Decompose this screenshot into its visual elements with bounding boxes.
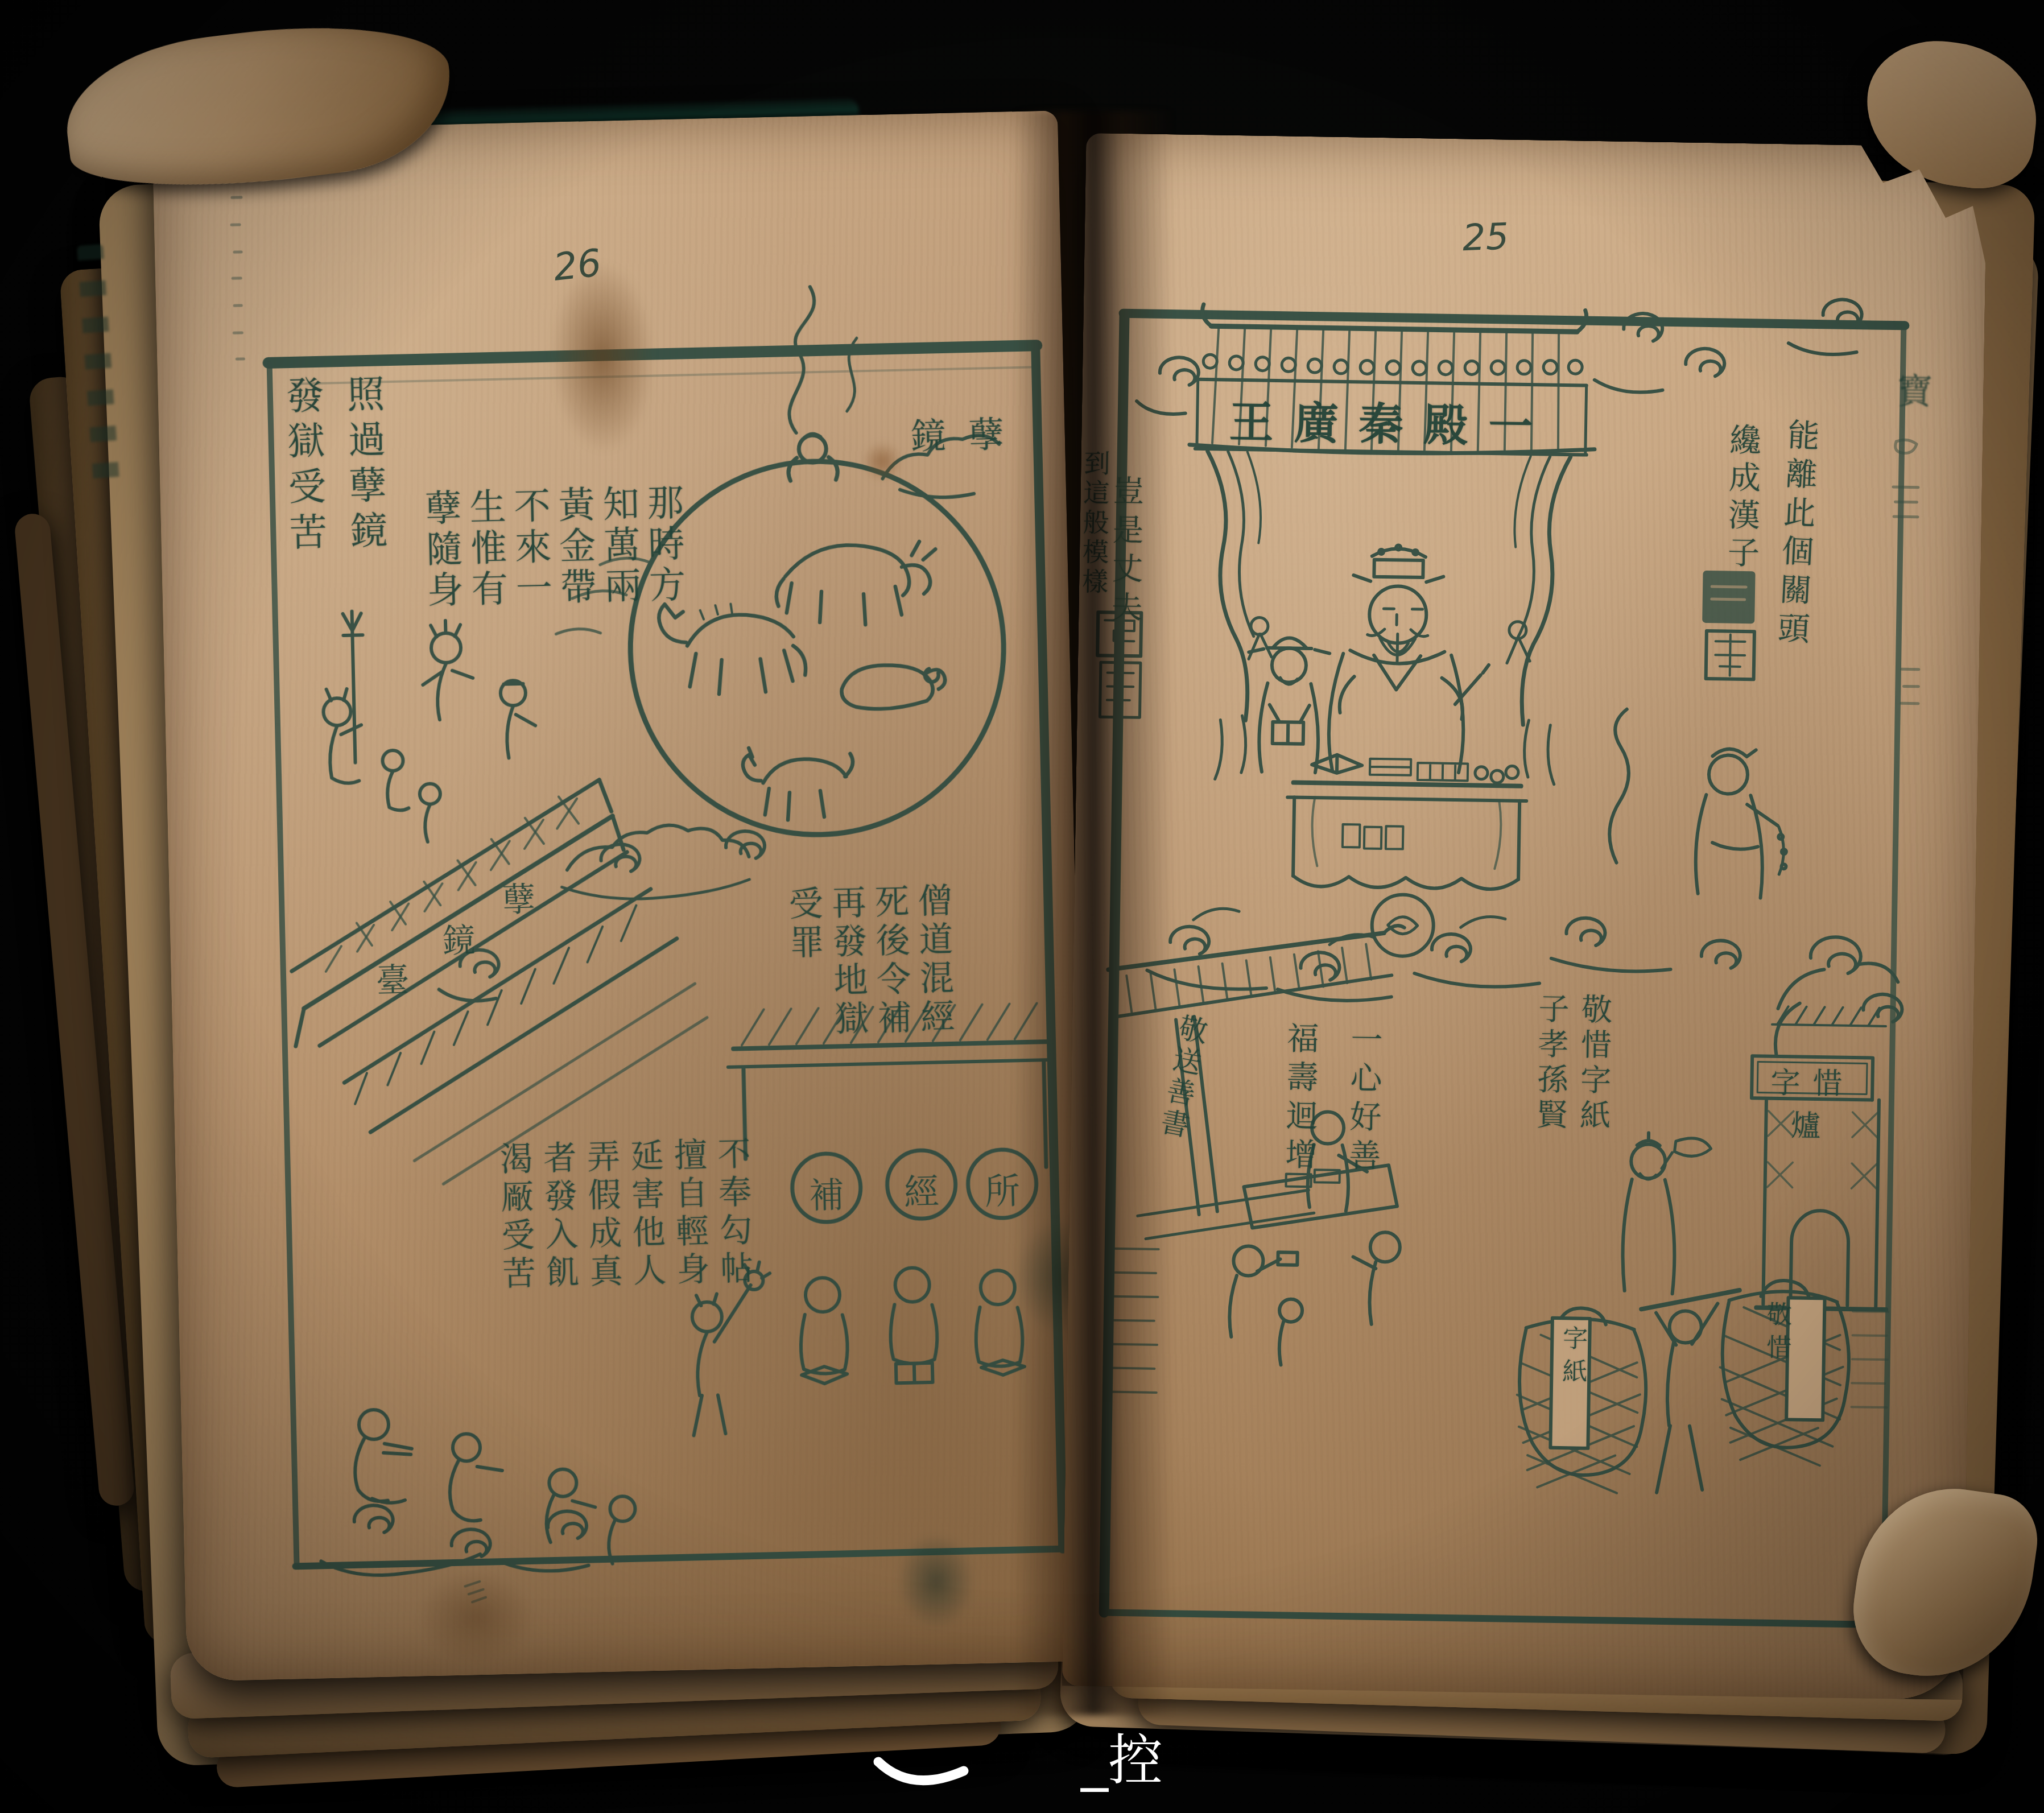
fore-edge-character: 寶 <box>1886 372 1938 408</box>
seal-stamps-drawing <box>1096 561 1755 727</box>
kneeling-ghosts-drawing <box>354 1404 637 1570</box>
couplet-right-inner: 纔成漢子 <box>1718 423 1766 573</box>
right-page-art <box>1062 133 1988 1700</box>
book-gutter-shadow <box>1014 111 1173 1715</box>
photo-of-woodblock-book: 照過孽鏡 發獄受苦 那時方 知萬兩 黃金帶 不來一 生惟有 孽隨身 孽鏡 僧道混… <box>0 0 2044 1813</box>
mid-cloud-band-drawing <box>1147 907 1741 1007</box>
monk-note: 僧道混經 死後令補 再發地獄 受罪 <box>781 882 956 1041</box>
demons-drawing <box>321 607 538 844</box>
office-circle-jing: 經 <box>901 1163 942 1215</box>
stand-char-jing: 鏡 <box>442 914 476 962</box>
basket-tag-jingxi: 敬惜 <box>1758 1301 1795 1368</box>
watermark-text: _控 <box>1081 1717 1163 1795</box>
hall-banner: 一殿秦廣王 <box>1202 386 1581 456</box>
monks-drawing <box>799 1265 1025 1385</box>
right-page-number: 25 <box>1461 216 1509 259</box>
stand-char-tai: 臺 <box>375 953 410 1002</box>
paper-respect-verse: 敬惜字紙 子孝孫賢 <box>1528 992 1616 1134</box>
blessing-verse: 一心好善 福壽迴增 <box>1266 1021 1396 1178</box>
edge-ink-marks <box>231 197 245 359</box>
paper-furnace-drawing <box>1602 709 1906 1310</box>
stand-char-nie: 孽 <box>502 872 536 920</box>
king-qinguang-drawing <box>1328 544 1490 773</box>
mirror-animals-drawing <box>657 541 948 823</box>
caption-top-left: 照過孽鏡 發獄受苦 <box>270 374 396 559</box>
fan-official-drawing <box>1622 1133 1711 1294</box>
furnace-plaque: 惜字爐 <box>1753 1058 1872 1145</box>
torn-paper-scrap <box>1858 33 2044 195</box>
mirror-stand-drawing <box>287 778 711 1187</box>
watermark-partial-glyph <box>872 1738 974 1800</box>
punishment-note: 不奉勾帖 擅自輕身 延害他人 弄假成真 者發入飢 渴厰受苦 <box>492 1136 756 1294</box>
left-page: 照過孽鏡 發獄受苦 那時方 知萬兩 黃金帶 不來一 生惟有 孽隨身 孽鏡 僧道混… <box>152 110 1092 1681</box>
scribe-drawing <box>1247 637 1330 773</box>
poem-columns: 那時方 知萬兩 黃金帶 不來一 生惟有 孽隨身 <box>418 483 687 612</box>
right-page: 一殿秦廣王 到這般模樣 豈是丈夫 能離此個關頭 纔成漢子 一心好善 福壽迴增 敬… <box>1062 133 1988 1700</box>
judgment-desk-drawing <box>1285 754 1527 958</box>
office-circle-bu: 補 <box>806 1167 847 1219</box>
basket-tag-zizhi: 字紙 <box>1554 1325 1591 1391</box>
clerk-drawing <box>1695 749 1788 898</box>
